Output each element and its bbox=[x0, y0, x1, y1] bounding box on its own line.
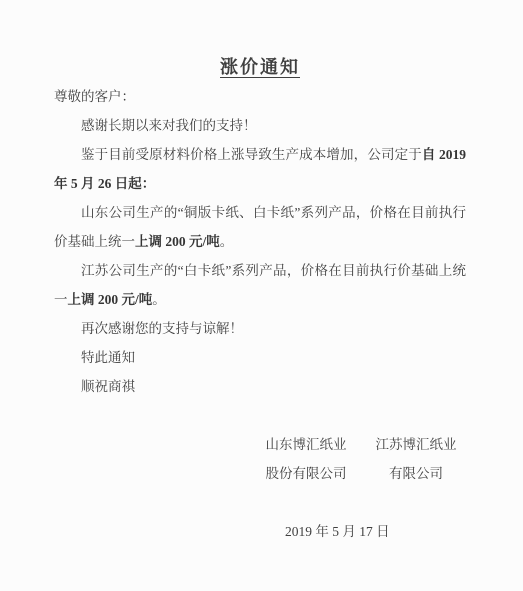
salutation: 尊敬的客户： bbox=[54, 82, 466, 111]
paragraph-best-wishes: 顺祝商祺 bbox=[54, 372, 466, 401]
signature-jiangsu-company: 江苏博汇纸业 有限公司 bbox=[366, 430, 466, 488]
paragraph-effective-date: 鉴于目前受原材料价格上涨导致生产成本增加，公司定于自 2019 年 5 月 26… bbox=[54, 140, 466, 198]
jiangsu-price-bold-text: 上调 200 元/吨 bbox=[68, 292, 153, 307]
paragraph-regards: 再次感谢您的支持与谅解！ bbox=[54, 314, 466, 343]
signature-shandong-company: 山东博汇纸业 股份有限公司 bbox=[256, 430, 356, 488]
effective-date-normal-text: 鉴于目前受原材料价格上涨导致生产成本增加，公司定于 bbox=[81, 147, 422, 162]
signature-shandong-line1: 山东博汇纸业 bbox=[256, 430, 356, 459]
notice-title: 涨价通知 bbox=[54, 52, 466, 82]
jiangsu-period: 。 bbox=[152, 292, 166, 307]
shandong-normal-text: 山东公司生产的“铜版卡纸、白卡纸”系列产品，价格在目前执行价基础上统一 bbox=[54, 205, 466, 249]
signature-block: 山东博汇纸业 股份有限公司 江苏博汇纸业 有限公司 bbox=[256, 430, 466, 488]
signature-jiangsu-line2: 有限公司 bbox=[366, 459, 466, 488]
price-increase-notice-document: 涨价通知 尊敬的客户： 感谢长期以来对我们的支持！ 鉴于目前受原材料价格上涨导致… bbox=[0, 0, 523, 591]
paragraph-thanks: 感谢长期以来对我们的支持！ bbox=[54, 111, 466, 140]
signature-shandong-line2: 股份有限公司 bbox=[256, 459, 356, 488]
notice-title-text: 涨价通知 bbox=[220, 57, 300, 77]
paragraph-jiangsu-products: 江苏公司生产的“白卡纸”系列产品，价格在目前执行价基础上统一上调 200 元/吨… bbox=[54, 256, 466, 314]
shandong-price-bold-text: 上调 200 元/吨 bbox=[135, 234, 220, 249]
notice-date: 2019 年 5 月 17 日 bbox=[285, 517, 466, 546]
paragraph-hereby-notice: 特此通知 bbox=[54, 343, 466, 372]
shandong-period: 。 bbox=[220, 234, 234, 249]
paragraph-shandong-products: 山东公司生产的“铜版卡纸、白卡纸”系列产品，价格在目前执行价基础上统一上调 20… bbox=[54, 198, 466, 256]
signature-jiangsu-line1: 江苏博汇纸业 bbox=[366, 430, 466, 459]
